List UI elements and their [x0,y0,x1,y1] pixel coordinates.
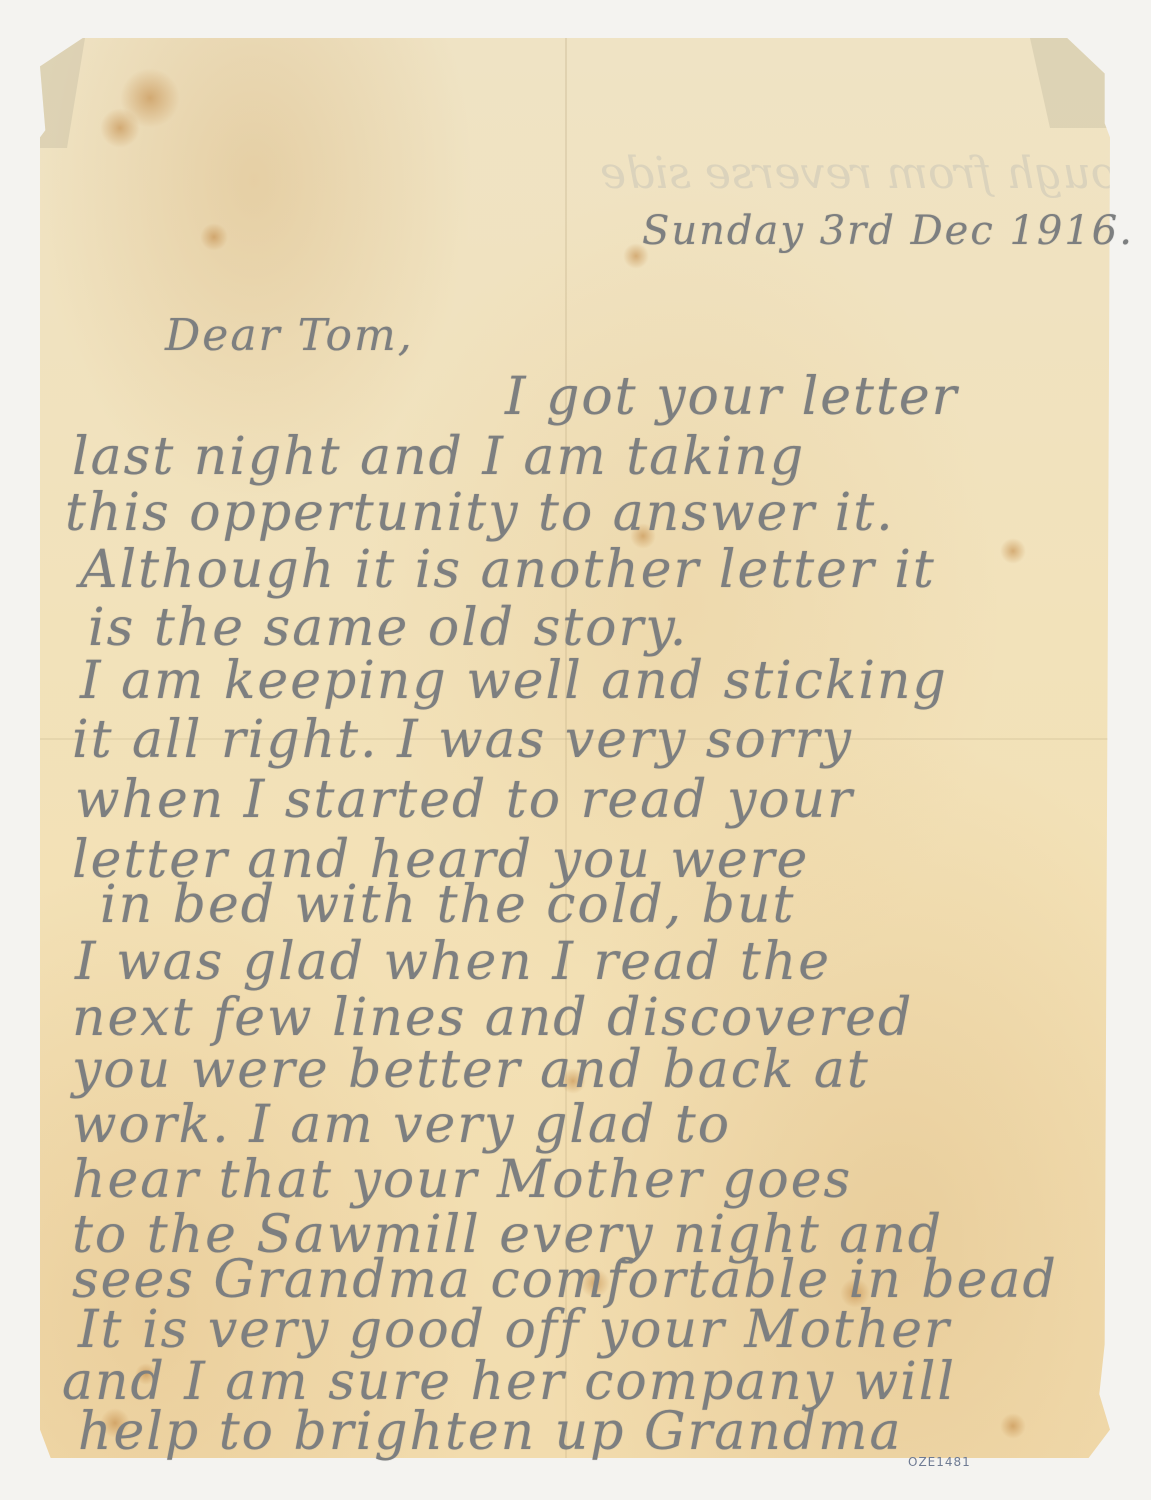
foxing-stain [200,223,228,251]
letter-line: when I started to read your [75,770,854,830]
letter-line: I got your letter [505,367,958,427]
letter-line: hear that your Mother goes [72,1150,852,1210]
foxing-stain [1000,538,1026,564]
folded-corner-top-left [40,38,85,148]
letter-line: I am keeping well and sticking [80,651,948,711]
scanned-letter: show-through from reverse side Sunday 3r… [0,0,1151,1500]
letter-line: Although it is another letter it [80,540,936,600]
letter-line: in bed with the cold, but [100,875,795,935]
show-through-text: show-through from reverse side [600,148,1151,199]
letter-line: I was glad when I read the [75,932,831,992]
letter-line: help to brighten up Grandma [78,1402,902,1462]
letter-line: It is very good off your Mother [78,1300,951,1360]
folded-corner-top-right [1030,38,1110,128]
letter-line: last night and I am taking [72,427,805,487]
letter-salutation: Dear Tom, [165,310,414,361]
letter-line: next few lines and discovered [72,988,913,1048]
archive-reference-number: OZE1481 [908,1455,971,1469]
letter-line: is the same old story. [88,598,688,658]
foxing-stain [1000,1413,1026,1439]
letter-line: it all right. I was very sorry [72,710,853,770]
letter-line: this oppertunity to answer it. [65,483,895,543]
letter-line: work. I am very glad to [72,1095,731,1155]
foxing-stain [100,108,140,148]
letter-date: Sunday 3rd Dec 1916. [642,208,1134,254]
letter-line: you were better and back at [72,1040,870,1100]
